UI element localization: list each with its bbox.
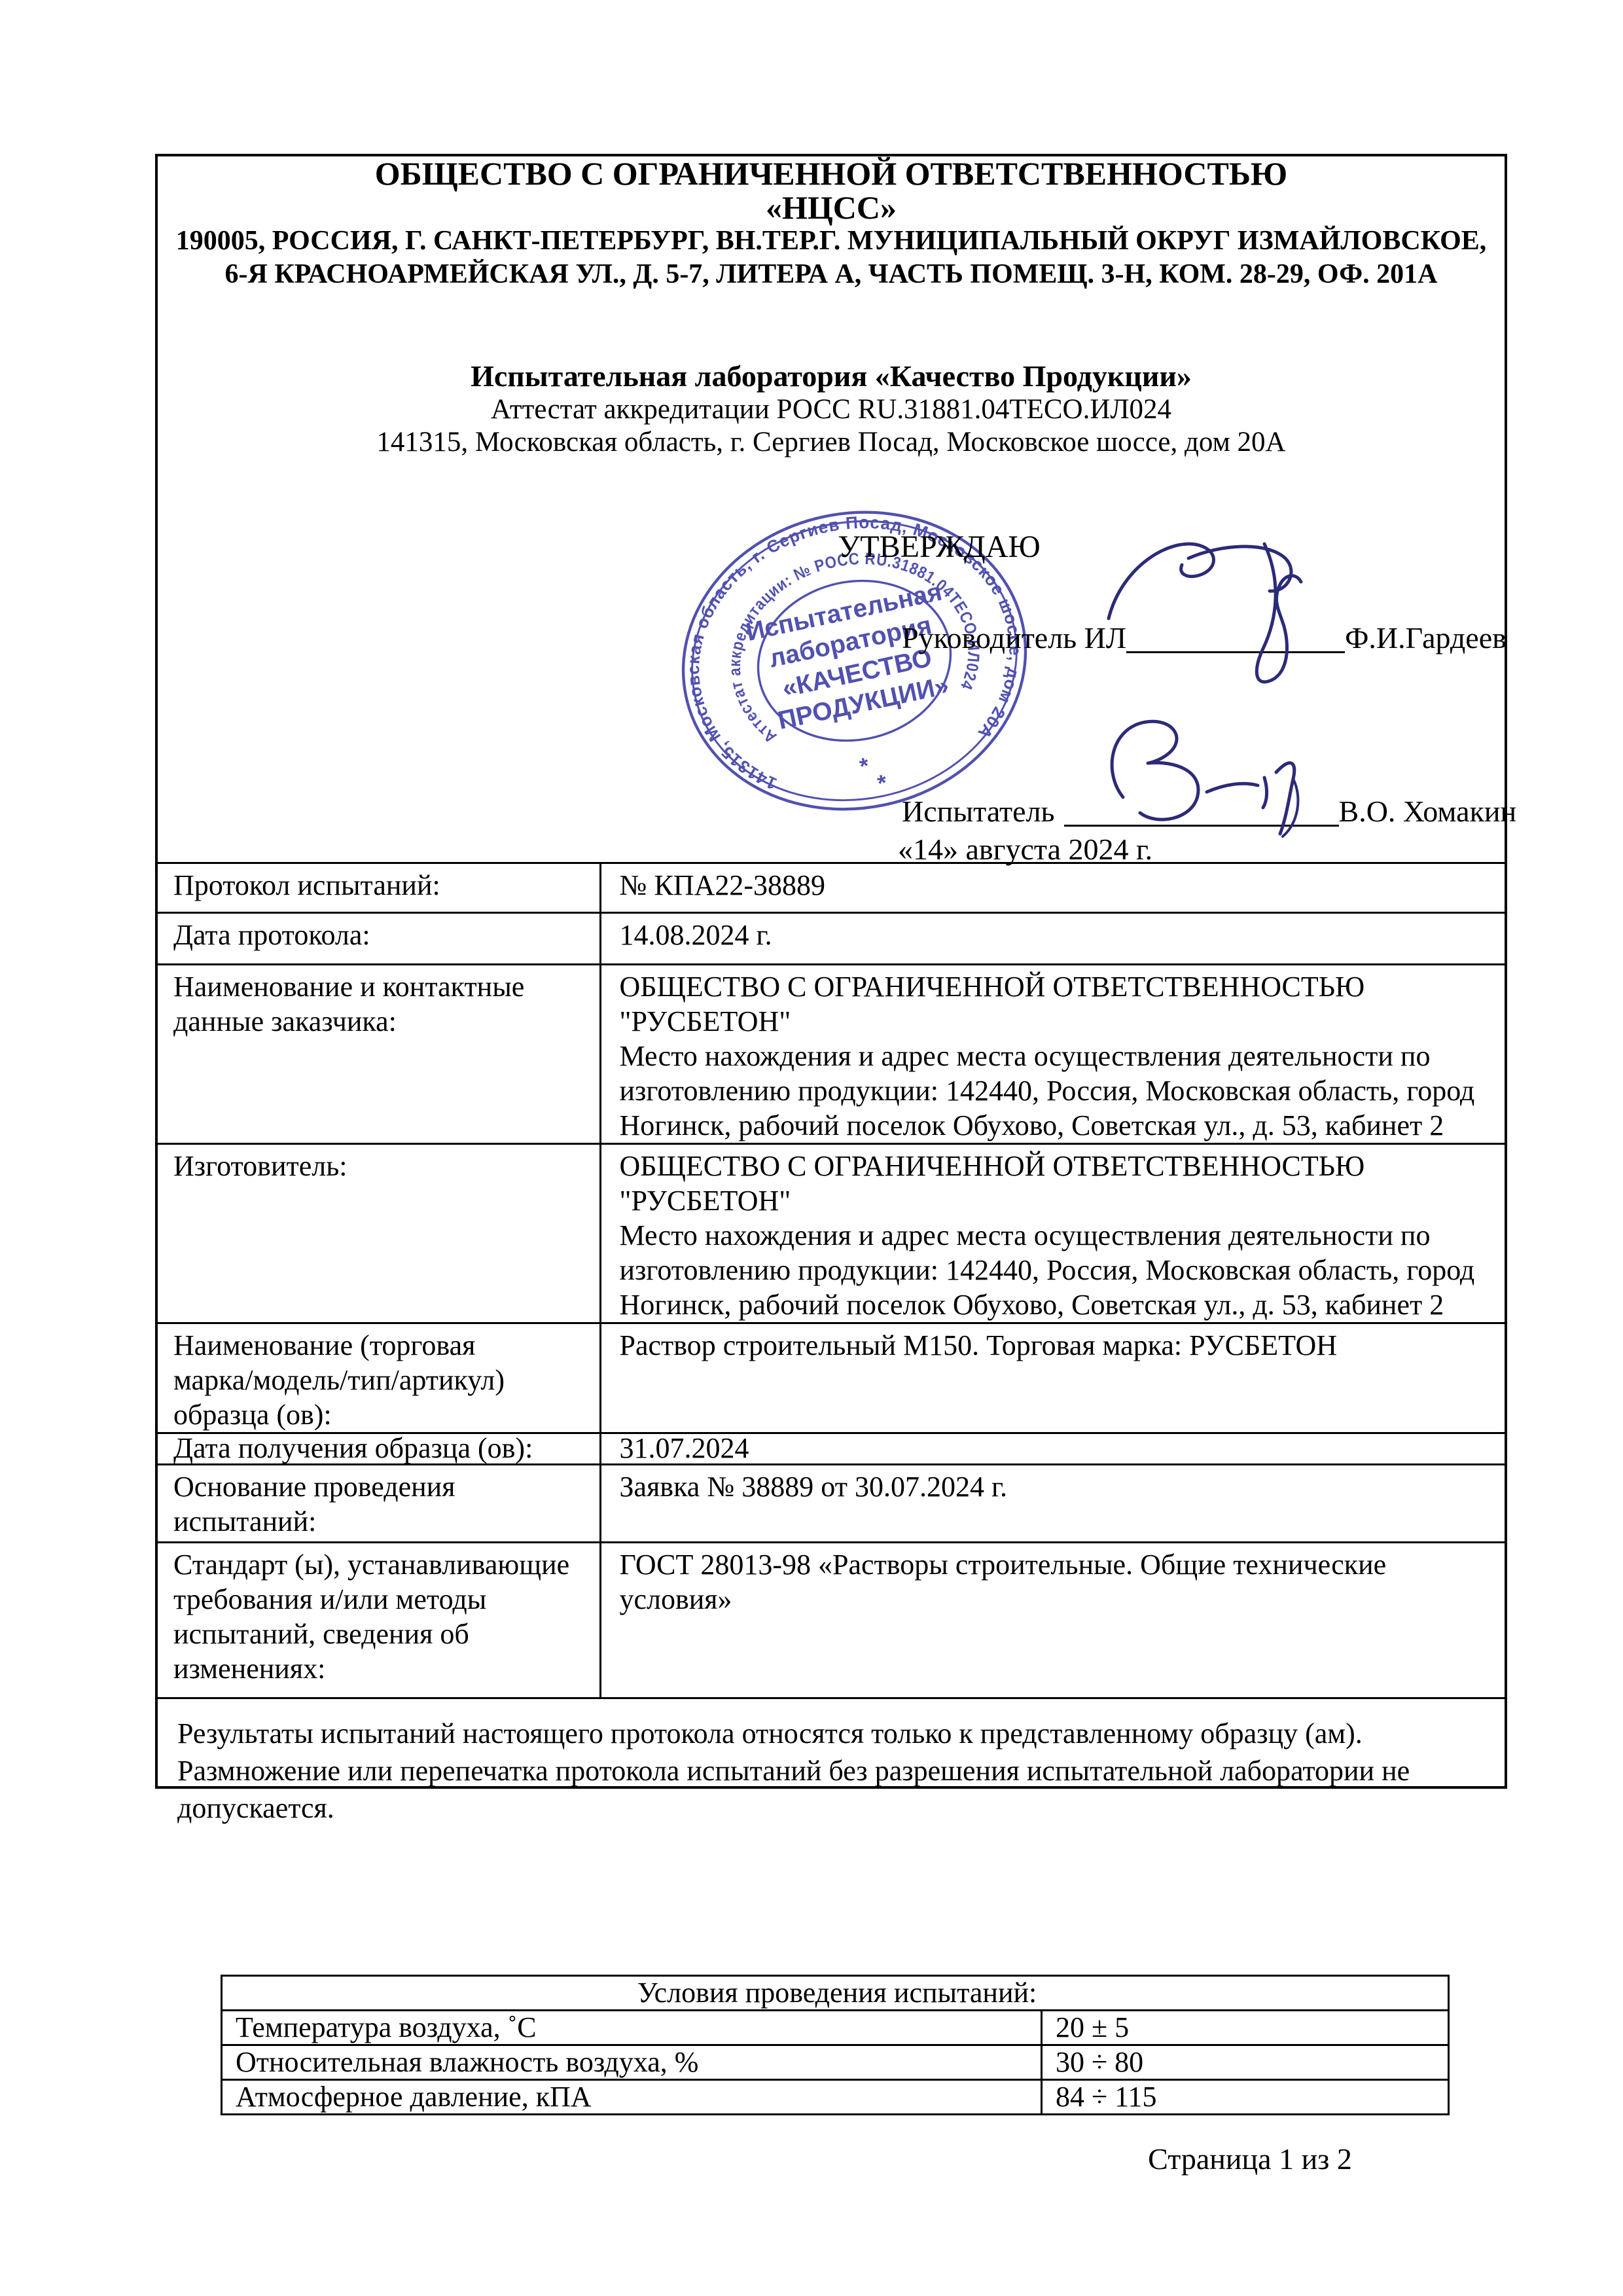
condition-label: Относительная влажность воздуха, % (222, 2045, 1042, 2080)
head-signature (1099, 520, 1329, 710)
row-value: 31.07.2024 (600, 1433, 1505, 1465)
tester-role-label: Испытатель (902, 795, 1055, 828)
conditions-header-row: Условия проведения испытаний: (222, 1976, 1449, 2011)
disclaimer-text: Результаты испытаний настоящего протокол… (158, 1698, 1505, 1827)
page-number: Страница 1 из 2 (1106, 2142, 1394, 2176)
row-label: Наименование (торговая марка/модель/тип/… (158, 1323, 600, 1433)
laboratory-address: 141315, Московская область, г. Сергиев П… (158, 426, 1505, 459)
row-label: Дата получения образца (ов): (158, 1433, 600, 1465)
row-label: Изготовитель: (158, 1144, 600, 1323)
stamp-star-icon: * (876, 770, 890, 797)
approve-label: УТВЕРЖДАЮ (776, 529, 1103, 565)
head-name: Ф.И.Гардеев (1345, 621, 1507, 655)
condition-label: Температура воздуха, ˚С (222, 2011, 1042, 2045)
conditions-title: Условия проведения испытаний: (222, 1976, 1449, 2011)
row-value: 14.08.2024 г. (600, 913, 1505, 965)
document-page: ОБЩЕСТВО С ОГРАНИЧЕННОЙ ОТВЕТСТВЕННОСТЬЮ… (0, 0, 1623, 2296)
row-label: Дата протокола: (158, 913, 600, 965)
company-name-line1: ОБЩЕСТВО С ОГРАНИЧЕННОЙ ОТВЕТСТВЕННОСТЬЮ (158, 156, 1505, 190)
condition-value: 84 ÷ 115 (1042, 2080, 1449, 2115)
company-header: ОБЩЕСТВО С ОГРАНИЧЕННОЙ ОТВЕТСТВЕННОСТЬЮ… (158, 156, 1505, 459)
table-row: Изготовитель: ОБЩЕСТВО С ОГРАНИЧЕННОЙ ОТ… (158, 1144, 1505, 1323)
row-value: № КПА22-38889 (600, 863, 1505, 913)
tester-signature (1086, 699, 1348, 840)
laboratory-accreditation: Аттестат аккредитации РОСС RU.31881.04ТЕ… (158, 393, 1505, 426)
row-value: ОБЩЕСТВО С ОГРАНИЧЕННОЙ ОТВЕТСТВЕННОСТЬЮ… (600, 965, 1505, 1144)
tester-name: В.О. Хомакин (1339, 795, 1517, 828)
row-value: ОБЩЕСТВО С ОГРАНИЧЕННОЙ ОТВЕТСТВЕННОСТЬЮ… (600, 1144, 1505, 1323)
table-row: Основание проведения испытаний: Заявка №… (158, 1465, 1505, 1543)
stamp-star-icon: * (857, 753, 872, 780)
table-row: Стандарт (ы), устанавливающие требования… (158, 1543, 1505, 1698)
table-row: Наименование (торговая марка/модель/тип/… (158, 1323, 1505, 1433)
company-address-line1: 190005, РОССИЯ, Г. САНКТ-ПЕТЕРБУРГ, ВН.Т… (158, 224, 1505, 258)
laboratory-block: Испытательная лаборатория «Качество Прод… (158, 359, 1505, 459)
company-address-line2: 6-Я КРАСНОАРМЕЙСКАЯ УЛ., Д. 5-7, ЛИТЕРА … (158, 258, 1505, 291)
row-value: Заявка № 38889 от 30.07.2024 г. (600, 1465, 1505, 1543)
head-role-label: Руководитель ИЛ (902, 621, 1126, 655)
condition-label: Атмосферное давление, кПА (222, 2080, 1042, 2115)
conditions-table: Условия проведения испытаний: Температур… (221, 1975, 1450, 2115)
condition-value: 20 ± 5 (1042, 2011, 1449, 2045)
document-frame: ОБЩЕСТВО С ОГРАНИЧЕННОЙ ОТВЕТСТВЕННОСТЬЮ… (155, 154, 1507, 1789)
row-label: Стандарт (ы), устанавливающие требования… (158, 1543, 600, 1698)
row-label: Протокол испытаний: (158, 863, 600, 913)
row-label: Основание проведения испытаний: (158, 1465, 600, 1543)
table-row: Дата получения образца (ов): 31.07.2024 (158, 1433, 1505, 1465)
protocol-table: Протокол испытаний: № КПА22-38889 Дата п… (158, 862, 1505, 1827)
disclaimer-row: Результаты испытаний настоящего протокол… (158, 1698, 1505, 1827)
company-name-line2: «НЦСС» (158, 190, 1505, 224)
table-row: Относительная влажность воздуха, % 30 ÷ … (222, 2045, 1449, 2080)
table-row: Наименование и контактные данные заказчи… (158, 965, 1505, 1144)
table-row: Дата протокола: 14.08.2024 г. (158, 913, 1505, 965)
table-row: Температура воздуха, ˚С 20 ± 5 (222, 2011, 1449, 2045)
laboratory-name: Испытательная лаборатория «Качество Прод… (158, 359, 1505, 393)
condition-value: 30 ÷ 80 (1042, 2045, 1449, 2080)
row-value: Раствор строительный М150. Торговая марк… (600, 1323, 1505, 1433)
table-row: Атмосферное давление, кПА 84 ÷ 115 (222, 2080, 1449, 2115)
table-row: Протокол испытаний: № КПА22-38889 (158, 863, 1505, 913)
row-value: ГОСТ 28013-98 «Растворы строительные. Об… (600, 1543, 1505, 1698)
row-label: Наименование и контактные данные заказчи… (158, 965, 600, 1144)
